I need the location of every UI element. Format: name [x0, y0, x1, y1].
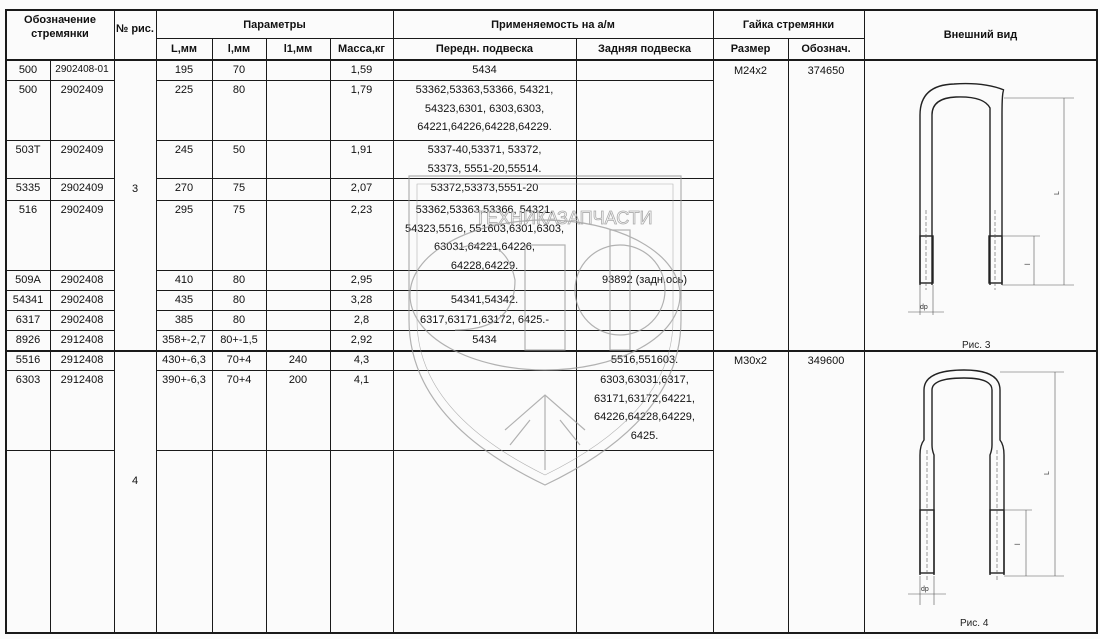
cell-front: 53372,53373,5551-20 [393, 179, 576, 198]
header-nut-size: Размер [713, 39, 788, 59]
cell-L: 435 [156, 291, 212, 309]
cell-model: 54341 [6, 291, 50, 309]
cell-l: 75 [212, 201, 266, 219]
cell-number: 2902409 [50, 81, 114, 99]
grid-line [6, 290, 114, 291]
grid-line [156, 330, 713, 331]
grid-line [5, 9, 7, 634]
cell-number: 2912408 [50, 331, 114, 349]
header-rear: Задняя подвеска [576, 39, 713, 59]
grid-line [6, 178, 114, 179]
grid-line [156, 270, 713, 271]
cell-l: 75 [212, 179, 266, 197]
grid-line [156, 310, 713, 311]
nut-size-group-2: М30х2 [713, 352, 788, 370]
cell-front: 5337-40,53371, 53372, 53373, 5551-20,555… [393, 141, 576, 178]
cell-rear: 93892 (задн.ось) [576, 271, 713, 290]
stirrup-drawing-fig4: L l dp Рис. 4 [864, 350, 1097, 632]
cell-number: 2902409 [50, 179, 114, 197]
cell-l: 70+4 [212, 371, 266, 389]
cell-L: 385 [156, 311, 212, 329]
cell-model: 500 [6, 61, 50, 79]
nut-designation-group-1: 374650 [788, 62, 864, 80]
cell-model: 509А [6, 271, 50, 289]
header-param-mass: Масса,кг [330, 39, 393, 59]
cell-front: 6317,63171,63172, 6425.- [393, 311, 576, 330]
grid-line [6, 270, 114, 271]
cell-L: 270 [156, 179, 212, 197]
grid-line [114, 9, 115, 632]
cell-number: 2902408 [50, 291, 114, 309]
cell-L: 195 [156, 61, 212, 79]
grid-line [156, 450, 713, 451]
cell-L: 245 [156, 141, 212, 159]
grid-line [393, 9, 394, 632]
nut-designation-group-2: 349600 [788, 352, 864, 370]
cell-rear: 5516,551603. [576, 351, 713, 370]
cell-l1: 240 [266, 351, 330, 369]
cell-front: 5434 [393, 61, 576, 80]
cell-number: 2902409 [50, 141, 114, 159]
grid-line [156, 140, 713, 141]
cell-l: 80 [212, 291, 266, 309]
cell-model: 503Т [6, 141, 50, 159]
grid-line [156, 178, 713, 179]
cell-number: 2912408 [50, 351, 114, 369]
header-front: Передн. подвеска [393, 39, 576, 59]
cell-l: 70 [212, 61, 266, 79]
cell-front: 53362,53363,53366, 54321, 54323,5516, 55… [393, 201, 576, 275]
grid-line [266, 38, 267, 632]
cell-l: 80+-1,5 [212, 331, 266, 349]
cell-l: 80 [212, 271, 266, 289]
cell-mass: 2,8 [330, 311, 393, 329]
grid-line [788, 38, 789, 632]
header-nut-designation: Обознач. [788, 39, 864, 59]
cell-model: 500 [6, 81, 50, 99]
cell-front: 5434 [393, 331, 576, 350]
header-fig-no: № рис. [114, 22, 156, 36]
grid-line [6, 140, 114, 141]
fig-no-group-2: 4 [114, 472, 156, 490]
cell-l: 70+4 [212, 351, 266, 369]
cell-mass: 2,95 [330, 271, 393, 289]
cell-front: 53362,53363,53366, 54321, 54323,6301, 63… [393, 81, 576, 137]
cell-model: 5335 [6, 179, 50, 197]
cell-model: 6317 [6, 311, 50, 329]
cell-number: 2902408-01 [50, 61, 114, 79]
grid-line [330, 38, 331, 632]
grid-line [212, 38, 213, 632]
header-params: Параметры [156, 18, 393, 32]
cell-l: 50 [212, 141, 266, 159]
cell-mass: 2,23 [330, 201, 393, 219]
fig-no-group-1: 3 [114, 180, 156, 198]
cell-L: 225 [156, 81, 212, 99]
grid-line [393, 38, 864, 39]
grid-line [6, 80, 114, 81]
svg-text:dp: dp [921, 586, 929, 593]
grid-line [156, 80, 713, 81]
svg-text:L: L [1044, 471, 1051, 475]
cell-model: 8926 [6, 331, 50, 349]
nut-size-group-1: М24х2 [713, 62, 788, 80]
grid-line [6, 200, 114, 201]
grid-line [156, 200, 713, 201]
cell-mass: 2,92 [330, 331, 393, 349]
svg-text:l: l [1015, 543, 1022, 545]
cell-number: 2912408 [50, 371, 114, 389]
grid-line [713, 9, 714, 632]
cell-number: 2902408 [50, 271, 114, 289]
grid-line [156, 38, 393, 39]
cell-model: 516 [6, 201, 50, 219]
grid-line [156, 9, 157, 632]
header-applicability: Применяемость на а/м [393, 18, 713, 32]
cell-L: 410 [156, 271, 212, 289]
grid-line [6, 632, 1097, 634]
header-view: Внешний вид [864, 28, 1097, 42]
stirrup-drawing-fig3: L l dp Рис. 3 [864, 60, 1097, 350]
grid-line [6, 370, 114, 371]
header-param-L: L,мм [156, 39, 212, 59]
cell-mass: 3,28 [330, 291, 393, 309]
cell-mass: 1,91 [330, 141, 393, 159]
cell-l1: 200 [266, 371, 330, 389]
cell-number: 2902408 [50, 311, 114, 329]
header-code-group: Обозначение стремянки [6, 13, 114, 41]
cell-number: 2902409 [50, 201, 114, 219]
grid-line [156, 370, 713, 371]
cell-model: 6303 [6, 371, 50, 389]
grid-line [6, 450, 114, 451]
cell-l: 80 [212, 81, 266, 99]
grid-line [6, 330, 114, 331]
header-param-l: l,мм [212, 39, 266, 59]
cell-mass: 1,79 [330, 81, 393, 99]
cell-L: 390+-6,3 [156, 371, 212, 389]
cell-rear: 6303,63031,6317, 63171,63172,64221, 6422… [576, 371, 713, 445]
stirrup-spec-table: Обозначение стремянки № рис. Параметры L… [0, 0, 1100, 639]
svg-text:dp: dp [920, 304, 928, 311]
svg-text:Рис. 4: Рис. 4 [960, 618, 989, 629]
cell-mass: 1,59 [330, 61, 393, 79]
grid-line [6, 310, 114, 311]
header-param-l1: l1,мм [266, 39, 330, 59]
cell-L: 295 [156, 201, 212, 219]
svg-text:Рис. 3: Рис. 3 [962, 340, 991, 350]
svg-text:l: l [1025, 263, 1032, 265]
header-nut: Гайка стремянки [713, 18, 864, 32]
grid-line [576, 38, 577, 632]
grid-line [6, 9, 1097, 11]
grid-line [156, 290, 713, 291]
cell-l: 80 [212, 311, 266, 329]
cell-L: 430+-6,3 [156, 351, 212, 369]
cell-mass: 4,3 [330, 351, 393, 369]
cell-mass: 2,07 [330, 179, 393, 197]
cell-L: 358+-2,7 [156, 331, 212, 349]
grid-line [50, 59, 51, 632]
svg-text:L: L [1054, 191, 1061, 195]
cell-mass: 4,1 [330, 371, 393, 389]
cell-front: 54341,54342. [393, 291, 576, 310]
cell-model: 5516 [6, 351, 50, 369]
